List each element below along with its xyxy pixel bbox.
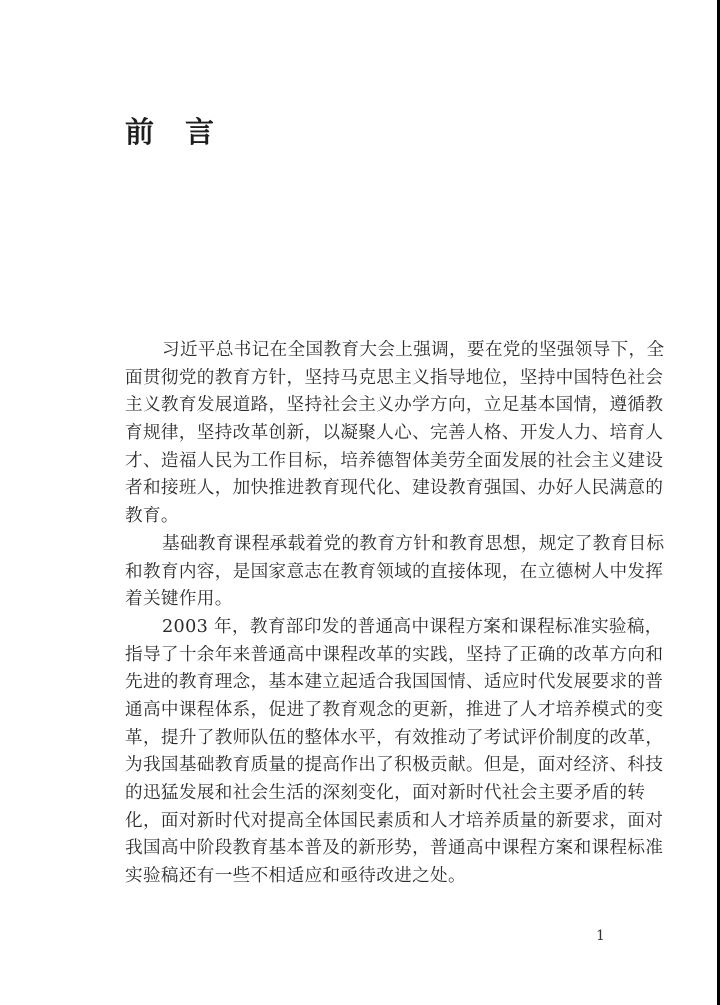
text-line: 面贯彻党的教育方针，坚持马克思主义指导地位，坚持中国特色社会 (125, 365, 605, 393)
paragraph-3: 2003 年，教育部印发的普通高中课程方案和课程标准实验稿， 指导了十余年来普通… (125, 614, 605, 891)
title-char-1: 前 (125, 115, 154, 149)
text-line: 化，面对新时代对提高全体国民素质和人才培养质量的新要求，面对 (125, 808, 605, 836)
text-line: 先进的教育理念，基本建立起适合我国国情、适应时代发展要求的普 (125, 669, 605, 697)
text-line: 教育。 (125, 503, 605, 531)
text-line: 革，提升了教师队伍的整体水平，有效推动了考试评价制度的改革， (125, 725, 605, 753)
paragraph-1: 习近平总书记在全国教育大会上强调，要在党的坚强领导下，全 面贯彻党的教育方针，坚… (125, 337, 605, 531)
text-line: 通高中课程体系，促进了教育观念的更新，推进了人才培养模式的变 (125, 697, 605, 725)
text-line: 者和接班人，加快推进教育现代化、建设教育强国、办好人民满意的 (125, 475, 605, 503)
title-char-2: 言 (185, 115, 214, 149)
text-line: 实验稿还有一些不相适应和亟待改进之处。 (125, 863, 605, 891)
text-line: 育规律，坚持改革创新，以凝聚人心、完善人格、开发人力、培育人 (125, 420, 605, 448)
body-text: 习近平总书记在全国教育大会上强调，要在党的坚强领导下，全 面贯彻党的教育方针，坚… (125, 337, 605, 891)
text-line: 基础教育课程承载着党的教育方针和教育思想，规定了教育目标 (125, 531, 605, 559)
text-line: 才、造福人民为工作目标，培养德智体美劳全面发展的社会主义建设 (125, 448, 605, 476)
text-line: 指导了十余年来普通高中课程改革的实践，坚持了正确的改革方向和 (125, 642, 605, 670)
text-line: 着关键作用。 (125, 586, 605, 614)
text-line: 主义教育发展道路，坚持社会主义办学方向，立足基本国情，遵循教 (125, 392, 605, 420)
text-line: 的迅猛发展和社会生活的深刻变化，面对新时代社会主要矛盾的转 (125, 780, 605, 808)
paragraph-2: 基础教育课程承载着党的教育方针和教育思想，规定了教育目标 和教育内容，是国家意志… (125, 531, 605, 614)
page-title: 前言 (125, 112, 214, 152)
text-line: 我国高中阶段教育基本普及的新形势，普通高中课程方案和课程标准 (125, 835, 605, 863)
text-line: 和教育内容，是国家意志在教育领域的直接体现，在立德树人中发挥 (125, 559, 605, 587)
text-line: 2003 年，教育部印发的普通高中课程方案和课程标准实验稿， (125, 614, 605, 642)
text-line: 为我国基础教育质量的提高作出了积极贡献。但是，面对经济、科技 (125, 752, 605, 780)
document-page: 前言 习近平总书记在全国教育大会上强调，要在党的坚强领导下，全 面贯彻党的教育方… (0, 0, 717, 1005)
page-number: 1 (596, 928, 605, 944)
text-line: 习近平总书记在全国教育大会上强调，要在党的坚强领导下，全 (125, 337, 605, 365)
